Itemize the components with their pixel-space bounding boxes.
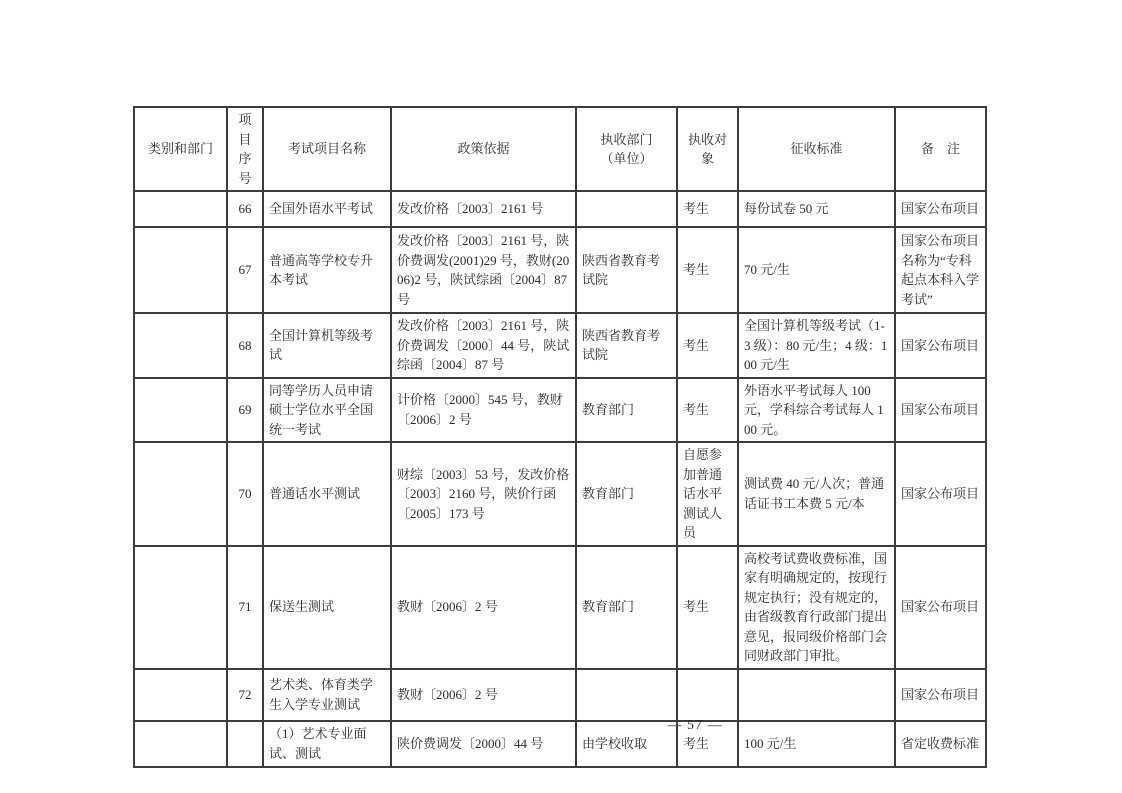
cell-project-no: 72 (227, 669, 263, 721)
cell-collecting-dept: 教育部门 (576, 378, 677, 443)
cell-policy-basis: 发改价格〔2003〕2161 号 (391, 191, 576, 227)
cell-policy-basis: 发改价格〔2003〕2161 号，陕价费调发(2001)29 号，教财(2006… (391, 227, 576, 313)
cell-collecting-dept (576, 191, 677, 227)
header-fee-standard: 征收标准 (738, 107, 895, 191)
cell-collection-target: 自愿参加普通话水平测试人员 (677, 442, 738, 546)
cell-collecting-dept (576, 669, 677, 721)
cell-category (134, 313, 227, 378)
cell-remark: 国家公布项目 (895, 546, 986, 669)
cell-exam-name: 普通高等学校专升本考试 (263, 227, 391, 313)
cell-collection-target: 考生 (677, 191, 738, 227)
cell-policy-basis: 陕价费调发〔2000〕44 号 (391, 721, 576, 767)
cell-exam-name: 全国外语水平考试 (263, 191, 391, 227)
cell-policy-basis: 教财〔2006〕2 号 (391, 546, 576, 669)
cell-project-no: 67 (227, 227, 263, 313)
cell-remark: 国家公布项目 (895, 442, 986, 546)
table-row: 72 艺术类、体育类学生入学专业测试 教财〔2006〕2 号 国家公布项目 (134, 669, 986, 721)
cell-remark: 国家公布项目 (895, 669, 986, 721)
cell-policy-basis: 发改价格〔2003〕2161 号，陕价费调发〔2000〕44 号，陕试综函〔20… (391, 313, 576, 378)
header-collection-target: 执收对象 (677, 107, 738, 191)
cell-exam-name: （1）艺术专业面试、测试 (263, 721, 391, 767)
fee-standards-table: 类别和部门 项目 序号 考试项目名称 政策依据 执收部门 （单位） 执收对象 征… (133, 106, 987, 768)
cell-exam-name: 全国计算机等级考试 (263, 313, 391, 378)
cell-collection-target: 考生 (677, 313, 738, 378)
cell-exam-name: 同等学历人员申请硕士学位水平全国统一考试 (263, 378, 391, 443)
cell-remark: 省定收费标准 (895, 721, 986, 767)
table-header-row: 类别和部门 项目 序号 考试项目名称 政策依据 执收部门 （单位） 执收对象 征… (134, 107, 986, 191)
table-row: 69 同等学历人员申请硕士学位水平全国统一考试 计价格〔2000〕545 号，教… (134, 378, 986, 443)
header-exam-name: 考试项目名称 (263, 107, 391, 191)
page-number: — 57 — (595, 718, 795, 734)
cell-project-no: 66 (227, 191, 263, 227)
cell-category (134, 227, 227, 313)
table-row: 70 普通话水平测试 财综〔2003〕53 号，发改价格〔2003〕2160 号… (134, 442, 986, 546)
table-row: 67 普通高等学校专升本考试 发改价格〔2003〕2161 号，陕价费调发(20… (134, 227, 986, 313)
cell-collection-target: 考生 (677, 378, 738, 443)
cell-project-no (227, 721, 263, 767)
cell-project-no: 68 (227, 313, 263, 378)
cell-fee-standard: 70 元/生 (738, 227, 895, 313)
cell-category (134, 191, 227, 227)
cell-remark: 国家公布项目 (895, 378, 986, 443)
header-remark: 备 注 (895, 107, 986, 191)
cell-policy-basis: 教财〔2006〕2 号 (391, 669, 576, 721)
cell-project-no: 69 (227, 378, 263, 443)
cell-fee-standard: 每份试卷 50 元 (738, 191, 895, 227)
cell-remark: 国家公布项目 (895, 191, 986, 227)
table-row: （1）艺术专业面试、测试 陕价费调发〔2000〕44 号 由学校收取 考生 10… (134, 721, 986, 767)
table-row: 68 全国计算机等级考试 发改价格〔2003〕2161 号，陕价费调发〔2000… (134, 313, 986, 378)
header-project-no: 项目 序号 (227, 107, 263, 191)
header-category: 类别和部门 (134, 107, 227, 191)
cell-exam-name: 普通话水平测试 (263, 442, 391, 546)
cell-remark: 国家公布项目名称为“专科起点本科入学考试” (895, 227, 986, 313)
cell-exam-name: 艺术类、体育类学生入学专业测试 (263, 669, 391, 721)
cell-project-no: 71 (227, 546, 263, 669)
table-row: 71 保送生测试 教财〔2006〕2 号 教育部门 考生 高校考试费收费标准，国… (134, 546, 986, 669)
cell-fee-standard: 测试费 40 元/人次；普通话证书工本费 5 元/本 (738, 442, 895, 546)
header-collecting-dept: 执收部门 （单位） (576, 107, 677, 191)
cell-fee-standard: 全国计算机等级考试（1-3 级）：80 元/生；4 级：100 元/生 (738, 313, 895, 378)
cell-category (134, 442, 227, 546)
cell-collection-target: 考生 (677, 546, 738, 669)
cell-fee-standard (738, 669, 895, 721)
cell-collecting-dept: 教育部门 (576, 546, 677, 669)
cell-project-no: 70 (227, 442, 263, 546)
cell-category (134, 721, 227, 767)
cell-category (134, 546, 227, 669)
cell-collection-target (677, 669, 738, 721)
cell-category (134, 378, 227, 443)
cell-collection-target: 考生 (677, 227, 738, 313)
cell-collecting-dept: 教育部门 (576, 442, 677, 546)
cell-exam-name: 保送生测试 (263, 546, 391, 669)
cell-fee-standard: 外语水平考试每人 100 元，学科综合考试每人 100 元。 (738, 378, 895, 443)
cell-collecting-dept: 陕西省教育考试院 (576, 227, 677, 313)
table-row: 66 全国外语水平考试 发改价格〔2003〕2161 号 考生 每份试卷 50 … (134, 191, 986, 227)
cell-remark: 国家公布项目 (895, 313, 986, 378)
cell-policy-basis: 计价格〔2000〕545 号，教财〔2006〕2 号 (391, 378, 576, 443)
header-policy-basis: 政策依据 (391, 107, 576, 191)
cell-collecting-dept: 陕西省教育考试院 (576, 313, 677, 378)
cell-fee-standard: 高校考试费收费标准，国家有明确规定的，按现行规定执行；没有规定的，由省级教育行政… (738, 546, 895, 669)
cell-policy-basis: 财综〔2003〕53 号，发改价格〔2003〕2160 号，陕价行函〔2005〕… (391, 442, 576, 546)
cell-category (134, 669, 227, 721)
